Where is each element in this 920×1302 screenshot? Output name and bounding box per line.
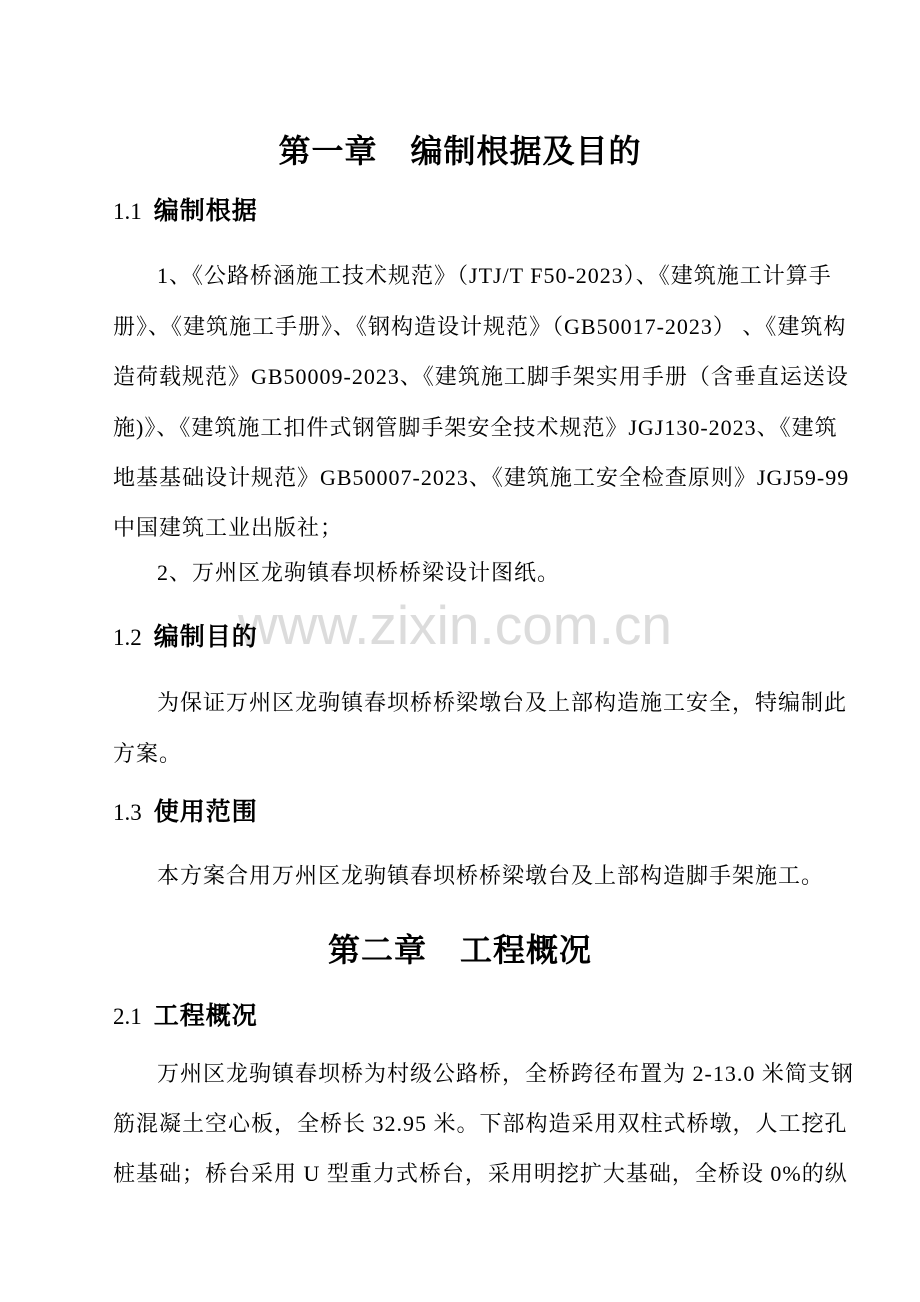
document-page: www.zixin.com.cn 第一章 编制根据及目的 1.1编制根据 1、《… [0, 0, 920, 1302]
paragraph-line: 施)》、《建筑施工扣件式钢管脚手架安全技术规范》JGJ130-2023、《建筑 [113, 411, 838, 445]
section-number: 1.2 [113, 625, 142, 650]
section-title: 编制目的 [154, 623, 258, 651]
section-title: 编制根据 [154, 197, 258, 225]
chapter-2-title: 第二章 工程概况 [0, 925, 920, 971]
watermark-text: www.zixin.com.cn [238, 598, 672, 653]
paragraph-line: 册》、《建筑施工手册》、《钢构造设计规范》（GB50017-2023） 、《建筑… [113, 310, 846, 344]
section-heading-1-2: 1.2编制目的 [113, 617, 258, 653]
paragraph-line: 地基基础设计规范》GB50007-2023、《建筑施工安全检查原则》JGJ59-… [113, 461, 849, 495]
paragraph-line: 万州区龙驹镇春坝桥为村级公路桥，全桥跨径布置为 2-13.0 米简支钢 [157, 1057, 854, 1091]
section-title: 使用范围 [154, 798, 258, 826]
paragraph-line: 1、《公路桥涵施工技术规范》（JTJ/T F50-2023）、《建筑施工计算手 [157, 259, 832, 293]
section-number: 1.1 [113, 199, 142, 224]
section-heading-1-1: 1.1编制根据 [113, 191, 258, 227]
paragraph-line: 筋混凝土空心板，全桥长 32.95 米。下部构造采用双柱式桥墩，人工挖孔 [113, 1107, 848, 1141]
section-heading-1-3: 1.3使用范围 [113, 792, 258, 828]
section-number: 1.3 [113, 800, 142, 825]
paragraph-line: 中国建筑工业出版社； [113, 511, 343, 545]
paragraph-line: 2、万州区龙驹镇春坝桥桥梁设计图纸。 [157, 556, 560, 590]
paragraph-line: 方案。 [113, 737, 182, 771]
paragraph-line: 造荷载规范》GB50009-2023、《建筑施工脚手架实用手册（含垂直运送设 [113, 360, 849, 394]
section-title: 工程概况 [154, 1002, 258, 1030]
section-number: 2.1 [113, 1004, 142, 1029]
paragraph-line: 为保证万州区龙驹镇春坝桥桥梁墩台及上部构造施工安全，特编制此 [157, 686, 847, 720]
section-heading-2-1: 2.1工程概况 [113, 996, 258, 1032]
chapter-1-title: 第一章 编制根据及目的 [0, 126, 920, 172]
paragraph-line: 桩基础；桥台采用 U 型重力式桥台，采用明挖扩大基础，全桥设 0%的纵 [113, 1157, 848, 1191]
paragraph-line: 本方案合用万州区龙驹镇春坝桥桥梁墩台及上部构造脚手架施工。 [157, 859, 824, 893]
